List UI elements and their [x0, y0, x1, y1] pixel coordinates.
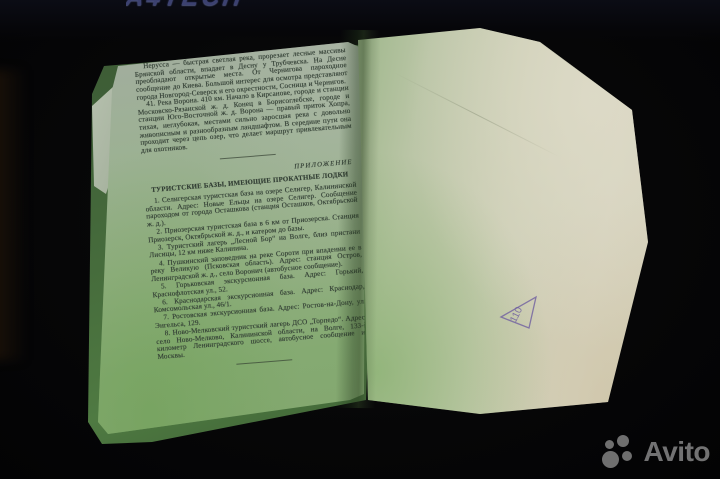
page-crease-line — [394, 72, 560, 157]
ambient-light — [0, 70, 26, 360]
avito-watermark: Avito — [602, 433, 710, 471]
keyboard-logo-cropped: A4TECH — [126, 0, 316, 14]
avito-logo-icon — [602, 435, 639, 470]
left-page-text: Нерусса — быстрая светлая река, прорезае… — [134, 47, 371, 381]
stamp-number: 110 — [508, 305, 525, 325]
avito-dot-icon — [602, 451, 619, 468]
fold-crease-line — [538, 41, 634, 111]
book-left-page: Нерусса — быстрая светлая река, прорезае… — [96, 38, 368, 438]
photo-scene: A4TECH Нерусса — быстрая светлая река, п… — [0, 0, 720, 479]
avito-dot-icon — [622, 451, 632, 461]
avito-dot-icon — [617, 435, 629, 447]
keyboard-logo-text: A4TECH — [126, 0, 246, 12]
section-divider — [220, 153, 276, 158]
avito-dot-icon — [605, 440, 614, 449]
folded-corner — [537, 40, 637, 112]
end-divider — [236, 359, 292, 364]
avito-watermark-text: Avito — [644, 436, 710, 468]
book-right-page — [352, 26, 652, 420]
price-stamp: 110 — [492, 288, 546, 336]
book-gutter-shadow — [335, 30, 380, 409]
